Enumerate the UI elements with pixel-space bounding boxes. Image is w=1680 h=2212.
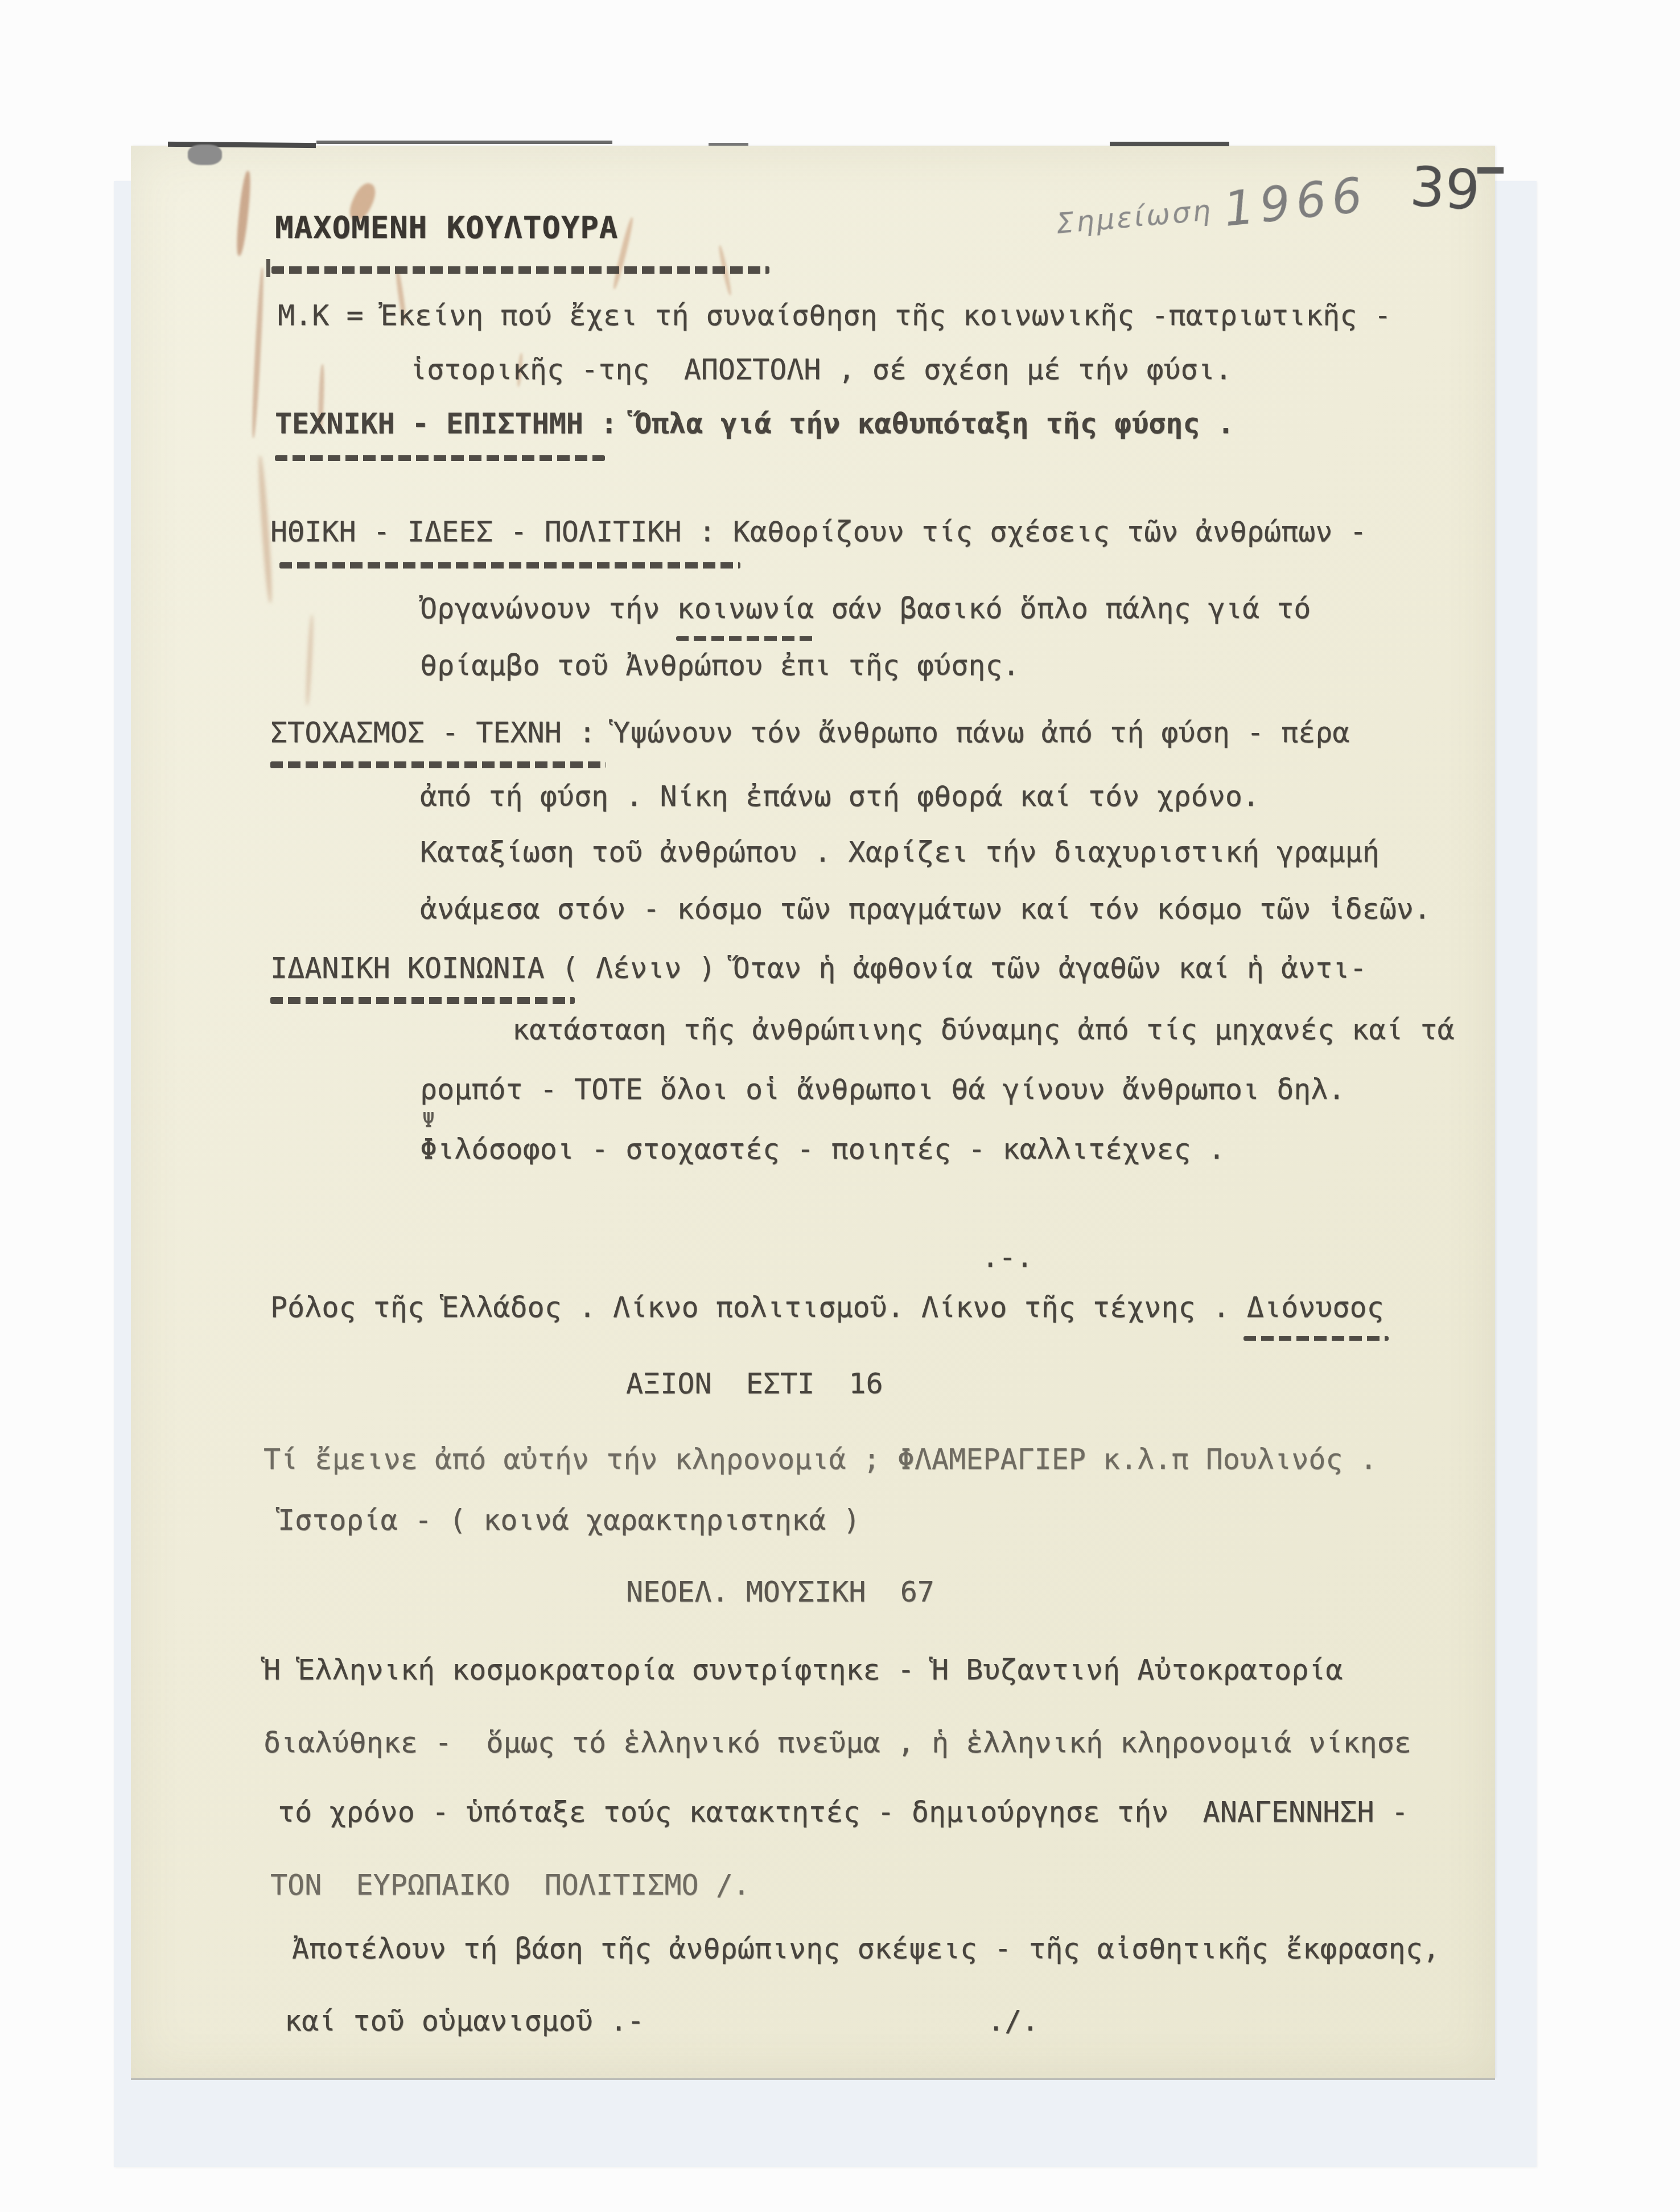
dashed-underline-texniki xyxy=(275,455,605,461)
page-title: ΜΑΧΟΜΕΝΗ ΚΟΥΛΤΟΥΡΑ xyxy=(275,209,618,245)
dashed-underline-dionysos xyxy=(1243,1336,1389,1341)
scanned-page: Σημείωση 1966 39 ΜΑΧΟΜΕΝΗ ΚΟΥΛΤΟΥΡΑ Μ.Κ … xyxy=(0,0,1680,2212)
typed-line-mk-definition-2: ἱστορικῆς -της ΑΠΟΣΤΟΛΗ , σέ σχέση μέ τή… xyxy=(410,353,1232,386)
separator-mark: .-. xyxy=(982,1241,1033,1274)
typed-line-katastasi: κατάσταση τῆς ἀνθρώπινης δύναμης ἀπό τίς… xyxy=(512,1013,1455,1047)
typed-line-stoxasmos-texni: ΣΤΟΧΑΣΜΟΣ - ΤΕΧΝΗ : Ὑψώνουν τόν ἄνθρωπο … xyxy=(270,716,1349,749)
dashed-underline-koinonia xyxy=(676,636,816,641)
typed-line-idaniki-koinonia: ΙΔΑΝΙΚΗ ΚΟΙΝΩΝΙΑ ( Λένιν ) Ὅταν ἡ ἀφθονί… xyxy=(270,951,1367,985)
typed-line-thriamvo: θρίαμβο τοῦ Ἀνθρώπου ἐπι τῆς φύσης. xyxy=(420,649,1020,682)
dashed-underline-ithiki xyxy=(279,562,740,569)
typed-line-istoria: Ἱστορία - ( κοινά χαρακτηριστηκά ) xyxy=(278,1503,860,1537)
typed-line-rolos-ellados: Ρόλος τῆς Ἑλλάδος . Λίκνο πολιτισμοῦ. Λί… xyxy=(270,1291,1384,1324)
torn-edge-mark xyxy=(316,141,612,144)
end-mark: ./. xyxy=(987,2004,1039,2038)
typed-line-to-xrono: τό χρόνο - ὑπόταξε τούς κατακτητές - δημ… xyxy=(278,1795,1409,1829)
typed-line-dialythike: διαλύθηκε - ὅμως τό ἑλληνικό πνεῦμα , ἡ … xyxy=(263,1726,1411,1760)
dashed-underline-stoxasmos xyxy=(270,761,606,768)
torn-edge-mark xyxy=(709,143,748,146)
typed-line-ithiki-idees-politiki: ΗΘΙΚΗ - ΙΔΕΕΣ - ΠΟΛΙΤΙΚΗ : Καθορίζουν τί… xyxy=(270,515,1367,549)
typed-line-anamesa: ἀνάμεσα στόν - κόσμο τῶν πραγμάτων καί τ… xyxy=(420,892,1431,926)
overtype-mark: Ψ xyxy=(422,1109,435,1132)
page-number: 39 xyxy=(1408,155,1482,223)
underline-tick xyxy=(266,259,270,277)
typed-line-filosofoi: Φιλόσοφοι - στοχαστές - ποιητές - καλλιτ… xyxy=(420,1132,1225,1166)
torn-edge-mark xyxy=(1110,142,1229,146)
rust-stain xyxy=(234,171,253,257)
typed-line-evropaiko-politismo: ΤΟΝ ΕΥΡΩΠΑΙΚΟ ΠΟΛΙΤΙΣΜΟ /. xyxy=(270,1868,750,1902)
dashed-underline-idaniki xyxy=(270,997,575,1004)
typed-line-ti-emeine: Τί ἔμεινε ἀπό αὐτήν τήν κληρονομιά ; ΦΛΑ… xyxy=(263,1443,1377,1476)
rust-stain xyxy=(305,615,314,706)
typed-line-oumanismou: καί τοῦ οὑμανισμοῦ .- xyxy=(285,2004,644,2038)
typed-line-texniki-epistimi: ΤΕΧΝΙΚΗ - ΕΠΙΣΤΗΜΗ : Ὅπλα γιά τήν καθυπό… xyxy=(275,407,1234,440)
torn-edge-mark xyxy=(188,145,222,165)
typed-line-kosmokratoria: Ἡ Ἑλληνική κοσμοκρατορία συντρίφτηκε - Ἡ… xyxy=(263,1653,1343,1687)
dashed-underline-title xyxy=(271,266,769,274)
typed-line-organonoun: Ὀργανώνουν τήν κοινωνία σάν βασικό ὅπλο … xyxy=(420,592,1311,625)
typed-line-kataxiosi: Καταξίωση τοῦ ἀνθρώπου . Χαρίζει τήν δια… xyxy=(420,835,1380,869)
torn-edge-mark xyxy=(1477,167,1504,174)
typed-line-apo-ti-fysi: ἀπό τή φύση . Νίκη ἐπάνω στή φθορά καί τ… xyxy=(420,780,1259,813)
typed-line-apoteloun: Ἀποτέλουν τή βάση τῆς ἀνθρώπινης σκέψεις… xyxy=(292,1932,1440,1966)
rust-stain xyxy=(250,267,265,438)
typed-line-robot: ρομπότ - ΤΟΤΕ ὅλοι οἱ ἄνθρωποι θά γίνουν… xyxy=(420,1073,1345,1106)
typed-line-neoel-mousiki: ΝΕΟΕΛ. ΜΟΥΣΙΚΗ 67 xyxy=(626,1575,934,1609)
typed-line-axion-esti: ΑΞΙΟΝ ΕΣΤΙ 16 xyxy=(626,1367,883,1400)
typed-line-mk-definition: Μ.Κ = Ἐκείνη πού ἔχει τή συναίσθηση τῆς … xyxy=(278,299,1391,332)
